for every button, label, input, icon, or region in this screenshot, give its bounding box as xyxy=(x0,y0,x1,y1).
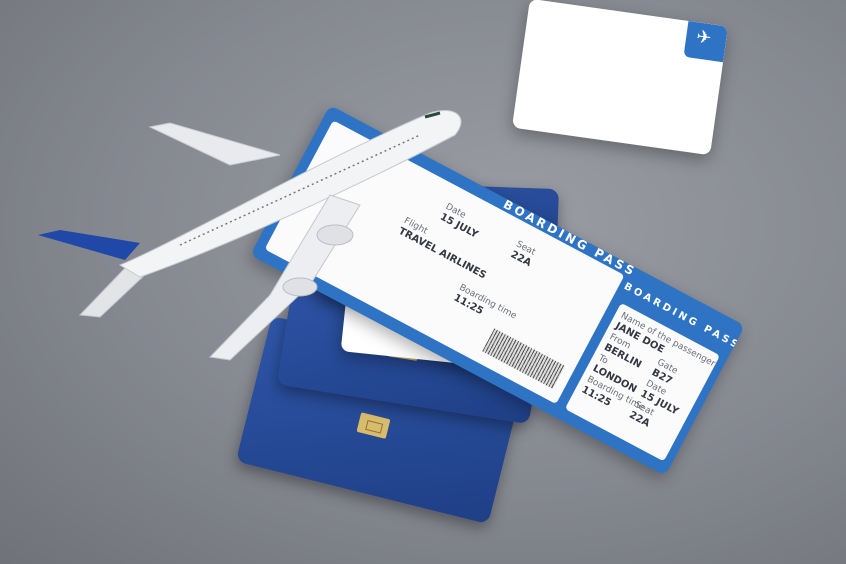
boarding-pass-back: ✈ xyxy=(512,0,728,155)
photo-scene: ✈ PASSPORT FromBERLIN ToLONDON GateB27 P… xyxy=(0,0,846,564)
ticket-band: ✈ xyxy=(683,21,728,62)
airplane-icon: ✈ xyxy=(695,26,713,49)
passport-chip-icon xyxy=(356,412,390,439)
toy-airplane xyxy=(30,95,480,375)
